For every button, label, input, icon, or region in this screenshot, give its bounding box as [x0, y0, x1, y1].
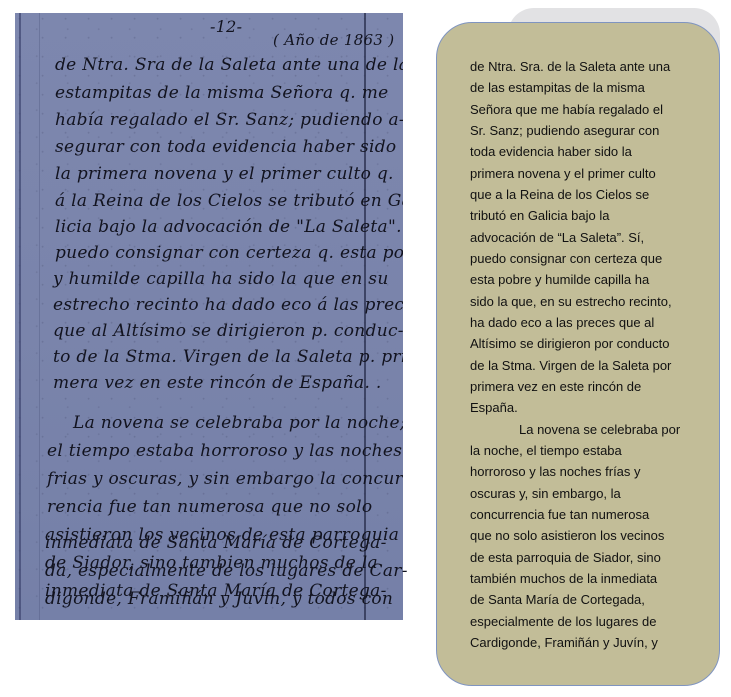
manuscript-line: puedo consignar con certeza q. esta pobr…	[55, 243, 403, 263]
transcription-line-indented: La novena se celebraba por	[519, 422, 680, 438]
transcription-line: la noche, el tiempo estaba	[470, 443, 622, 459]
transcription-line: primera novena y el primer culto	[470, 166, 656, 182]
manuscript-line: digonde, Framiñán y Juvín, y todos con	[45, 589, 393, 609]
manuscript-line: to de la Stma. Virgen de la Saleta p. pr…	[53, 347, 403, 367]
transcription-line: de Santa María de Cortegada,	[470, 592, 645, 608]
transcription-line: oscuras y, sin embargo, la	[470, 486, 621, 502]
transcription-line: Cardigonde, Framiñán y Juvín, y	[470, 635, 658, 651]
manuscript-line: que al Altísimo se dirigieron p. conduc-	[53, 321, 403, 341]
manuscript-image: -12- ( Año de 1863 ) de Ntra. Sra de la …	[15, 13, 403, 620]
transcription-line: de las estampitas de la misma	[470, 80, 645, 96]
manuscript-line: y humilde capilla ha sido la que en su	[53, 269, 389, 289]
transcription-line: tributó en Galicia bajo la	[470, 208, 609, 224]
manuscript-line: La novena se celebraba por la noche;	[73, 413, 403, 433]
transcription-line: concurrencia fue tan numerosa	[470, 507, 649, 523]
page-edge-line	[19, 13, 21, 620]
transcription-line: Sr. Sanz; pudiendo asegurar con	[470, 123, 659, 139]
left-margin-rule	[39, 13, 40, 620]
transcription-line: toda evidencia haber sido la	[470, 144, 632, 160]
manuscript-page-number: -12-	[210, 17, 242, 36]
transcription-line: Señora que me había regalado el	[470, 102, 663, 118]
manuscript-line: de Ntra. Sra de la Saleta ante una de la…	[55, 55, 403, 75]
manuscript-line: licia bajo la advocación de "La Saleta".…	[55, 217, 403, 237]
manuscript-line: el tiempo estaba horroroso y las noches	[47, 441, 402, 461]
manuscript-line: da, especialmente de los lugares de Car-	[45, 561, 408, 581]
transcription-box: de Ntra. Sra. de la Saleta ante una de l…	[436, 22, 720, 686]
manuscript-line: á la Reina de los Cielos se tributó en G…	[55, 191, 403, 211]
manuscript-line: rencia fue tan numerosa que no solo	[47, 497, 372, 517]
manuscript-line: estrecho recinto ha dado eco á las prece…	[53, 295, 403, 315]
manuscript-line: frias y oscuras, y sin embargo la concur…	[47, 469, 403, 489]
transcription-line: puedo consignar con certeza que	[470, 251, 662, 267]
manuscript-line: segurar con toda evidencia haber sido	[55, 137, 396, 157]
transcription-line: advocación de “La Saleta”. Sí,	[470, 230, 644, 246]
transcription-line: ha dado eco a las preces que al	[470, 315, 654, 331]
manuscript-line: la primera novena y el primer culto q.	[55, 164, 394, 184]
transcription-line: horroroso y las noches frías y	[470, 464, 641, 480]
transcription-line: primera vez en este rincón de	[470, 379, 641, 395]
manuscript-line: inmediata de Santa María de Cortega-	[45, 533, 387, 553]
transcription-line: sido la que, en su estrecho recinto,	[470, 294, 672, 310]
transcription-line: que a la Reina de los Cielos se	[470, 187, 649, 203]
transcription-line: España.	[470, 400, 518, 416]
manuscript-line: mera vez en este rincón de España. .	[53, 373, 382, 393]
transcription-line: esta pobre y humilde capilla ha	[470, 272, 649, 288]
transcription-line: de Ntra. Sra. de la Saleta ante una	[470, 59, 670, 75]
manuscript-year-note: ( Año de 1863 )	[273, 31, 394, 49]
transcription-line: Altísimo se dirigieron por conducto	[470, 336, 669, 352]
transcription-line: de la Stma. Virgen de la Saleta por	[470, 358, 671, 374]
manuscript-line: había regalado el Sr. Sanz; pudiendo a-	[55, 110, 403, 130]
transcription-line: especialmente de los lugares de	[470, 614, 656, 630]
transcription-line: también muchos de la inmediata	[470, 571, 657, 587]
manuscript-line: estampitas de la misma Señora q. me	[55, 83, 388, 103]
transcription-line: de esta parroquia de Siador, sino	[470, 550, 661, 566]
transcription-line: que no solo asistieron los vecinos	[470, 528, 664, 544]
